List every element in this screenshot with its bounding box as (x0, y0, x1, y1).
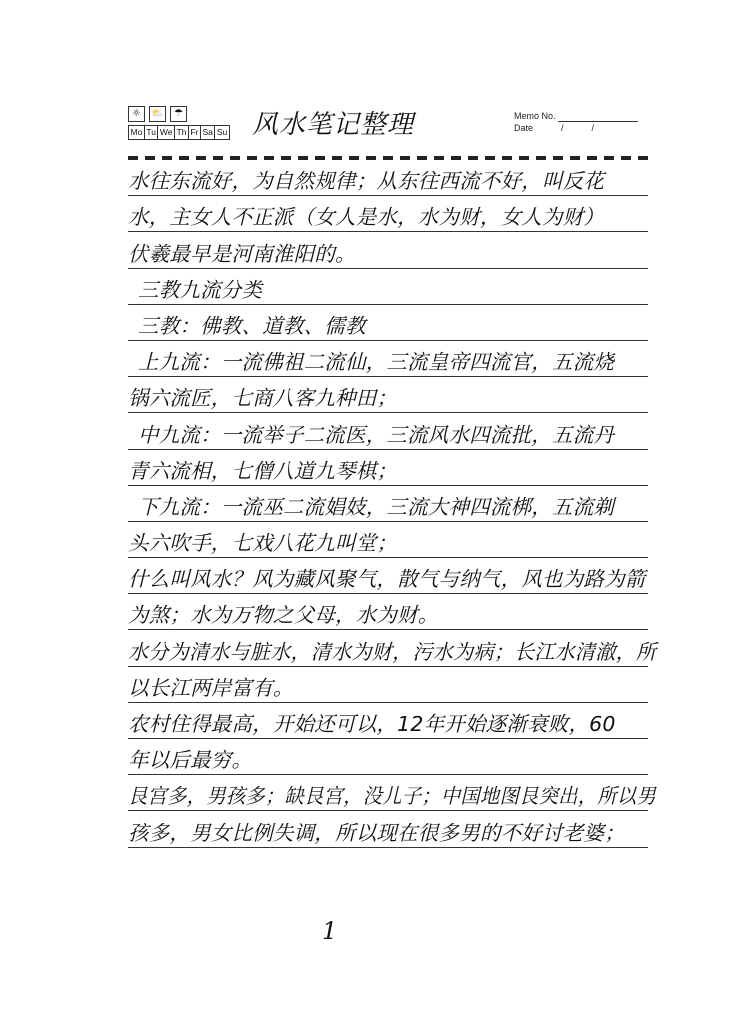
note-line: 农村住得最高，开始还可以，12年开始逐渐衰败，60 (128, 703, 648, 739)
note-line: 中九流：一流举子二流医，三流风水四流批，五流丹 (128, 413, 648, 449)
day-mo: Mo (128, 125, 145, 140)
memo-label: Memo No. (514, 111, 556, 121)
memo-block: Memo No. Date// (514, 110, 638, 134)
note-text: 水分为清水与脏水，清水为财，污水为病；长江水清澈，所 (128, 640, 656, 664)
page-number: 1 (322, 917, 337, 945)
note-line: 下九流：一流巫二流娼妓，三流大神四流梆，五流剃 (128, 486, 648, 522)
section-heading: 三教九流分类 (138, 278, 262, 302)
note-line: 什么叫风水？风为藏风聚气，散气与纳气，风也为路为箭 (128, 558, 648, 594)
date-separator: / (561, 122, 564, 134)
note-line: 艮宫多，男孩多；缺艮宫，没儿子；中国地图艮突出，所以男 (128, 775, 648, 811)
note-line: 三教：佛教、道教、儒教 (128, 305, 648, 341)
note-text: 头六吹手，七戏八花九叫堂； (128, 531, 397, 555)
note-text: 什么叫风水？风为藏风聚气，散气与纳气，风也为路为箭 (128, 567, 646, 591)
note-line: 以长江两岸富有。 (128, 667, 648, 703)
sun-icon: ☼ (128, 106, 145, 122)
cloud-sun-icon: ⛅ (149, 106, 166, 122)
weather-icons: ☼ ⛅ ☂ (128, 106, 187, 122)
page-title: 风水笔记整理 (252, 104, 414, 141)
note-text: 为煞；水为万物之父母，水为财。 (128, 603, 439, 627)
note-line: 水往东流好，为自然规律；从东往西流不好，叫反花 (128, 160, 648, 196)
note-line: 水，主女人不正派（女人是水，水为财，女人为财） (128, 196, 648, 232)
page-header: ☼ ⛅ ☂ Mo Tu We Th Fr Sa Su 风水笔记整理 Memo N… (128, 106, 648, 154)
ruled-lines: 水往东流好，为自然规律；从东往西流不好，叫反花 水，主女人不正派（女人是水，水为… (128, 160, 648, 848)
note-line: 青六流相，七僧八道九琴棋； (128, 450, 648, 486)
note-text: 艮宫多，男孩多；缺艮宫，没儿子；中国地图艮突出，所以男 (128, 784, 656, 808)
date-separator: / (592, 122, 595, 134)
note-line: 水分为清水与脏水，清水为财，污水为病；长江水清澈，所 (128, 630, 648, 666)
note-line: 上九流：一流佛祖二流仙，三流皇帝四流官，五流烧 (128, 341, 648, 377)
note-text: 年以后最穷。 (128, 748, 252, 772)
day-th: Th (174, 125, 189, 140)
note-text: 水，主女人不正派（女人是水，水为财，女人为财） (128, 205, 604, 229)
note-text: 孩多，男女比例失调，所以现在很多男的不好讨老婆； (128, 821, 625, 845)
note-text: 锅六流匠，七商八客九种田； (128, 386, 397, 410)
note-line: 锅六流匠，七商八客九种田； (128, 377, 648, 413)
date-label: Date (514, 123, 533, 133)
day-sa: Sa (200, 125, 215, 140)
note-line: 孩多，男女比例失调，所以现在很多男的不好讨老婆； (128, 811, 648, 847)
note-line: 为煞；水为万物之父母，水为财。 (128, 594, 648, 630)
note-text: 水往东流好，为自然规律；从东往西流不好，叫反花 (128, 169, 604, 193)
note-text: 下九流：一流巫二流娼妓，三流大神四流梆，五流剃 (138, 495, 614, 519)
note-text: 农村住得最高，开始还可以，12年开始逐渐衰败，60 (128, 712, 616, 736)
rain-cloud-icon: ☂ (170, 106, 187, 122)
day-su: Su (214, 125, 229, 140)
note-text: 上九流：一流佛祖二流仙，三流皇帝四流官，五流烧 (138, 350, 614, 374)
note-text: 青六流相，七僧八道九琴棋； (128, 459, 397, 483)
note-line: 伏羲最早是河南淮阳的。 (128, 232, 648, 268)
note-line: 年以后最穷。 (128, 739, 648, 775)
day-we: We (157, 125, 175, 140)
note-line: 三教九流分类 (128, 269, 648, 305)
note-text: 中九流：一流举子二流医，三流风水四流批，五流丹 (138, 423, 614, 447)
note-line: 头六吹手，七戏八花九叫堂； (128, 522, 648, 558)
note-text: 以长江两岸富有。 (128, 676, 294, 700)
day-tu: Tu (144, 125, 159, 140)
note-text: 三教：佛教、道教、儒教 (138, 314, 366, 338)
note-text: 伏羲最早是河南淮阳的。 (128, 242, 356, 266)
notebook-page: ☼ ⛅ ☂ Mo Tu We Th Fr Sa Su 风水笔记整理 Memo N… (0, 0, 735, 1024)
weekday-row: Mo Tu We Th Fr Sa Su (128, 125, 229, 140)
